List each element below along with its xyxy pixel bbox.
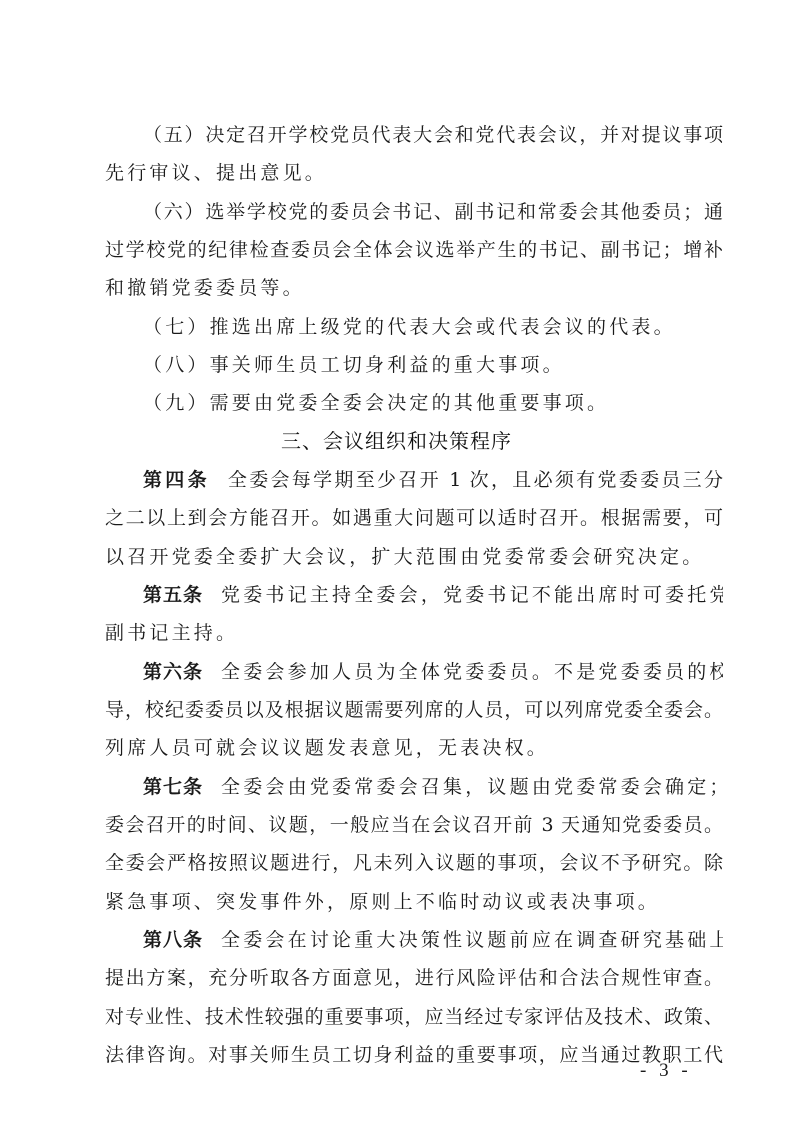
article-8-line-1: 第八条全委会在讨论重大决策性议题前应在调查研究基础上 [143, 925, 723, 955]
article-7-line-3: 全委会严格按照议题进行，凡未列入议题的事项，会议不予研究。除 [105, 848, 723, 878]
item-9-line-1: （九）需要由党委全委会决定的其他重要事项。 [143, 388, 723, 418]
article-4-line-1: 第四条全委会每学期至少召开 1 次，且必须有党委委员三分 [143, 465, 723, 495]
article-8-line-4: 法律咨询。对事关师生员工切身利益的重要事项，应当通过教职工代 [105, 1040, 723, 1070]
item-5-line-1: （五）决定召开学校党员代表大会和党代表会议，并对提议事项 [143, 120, 723, 150]
item-6-line-1: （六）选举学校党的委员会书记、副书记和常委会其他委员；通 [143, 197, 723, 227]
article-8-text-1: 全委会在讨论重大决策性议题前应在调查研究基础上 [221, 929, 723, 951]
article-8-line-2: 提出方案，充分听取各方面意见，进行风险评估和合法合规性审查。 [105, 963, 723, 993]
article-6-line-1: 第六条全委会参加人员为全体党委委员。不是党委委员的校领 [143, 657, 723, 687]
article-4-text-1: 全委会每学期至少召开 1 次，且必须有党委委员三分 [228, 469, 723, 491]
article-6-line-2: 导，校纪委委员以及根据议题需要列席的人员，可以列席党委全委会。 [105, 695, 723, 725]
item-7-line-1: （七）推选出席上级党的代表大会或代表会议的代表。 [143, 312, 723, 342]
article-5-line-1: 第五条党委书记主持全委会，党委书记不能出席时可委托党委 [143, 580, 723, 610]
article-6-label: 第六条 [143, 661, 203, 683]
page-number: - 3 - [640, 1060, 692, 1082]
item-5-line-2: 先行审议、提出意见。 [105, 158, 723, 188]
article-7-label: 第七条 [143, 776, 203, 798]
article-7-line-2: 委会召开的时间、议题，一般应当在会议召开前 3 天通知党委委员。 [105, 810, 723, 840]
article-4-label: 第四条 [143, 469, 210, 491]
article-5-label: 第五条 [143, 584, 203, 606]
document-page: （五）决定召开学校党员代表大会和党代表会议，并对提议事项 先行审议、提出意见。 … [0, 0, 793, 1122]
article-5-line-2: 副书记主持。 [105, 618, 723, 648]
item-6-line-2: 过学校党的纪律检查委员会全体会议选举产生的书记、副书记；增补 [105, 235, 723, 265]
article-7-line-1: 第七条全委会由党委常委会召集，议题由党委常委会确定；全 [143, 772, 723, 802]
article-8-label: 第八条 [143, 929, 203, 951]
article-6-text-1: 全委会参加人员为全体党委委员。不是党委委员的校领 [221, 661, 723, 683]
article-4-line-2: 之二以上到会方能召开。如遇重大问题可以适时召开。根据需要，可 [105, 503, 723, 533]
article-7-line-4: 紧急事项、突发事件外，原则上不临时动议或表决事项。 [105, 887, 723, 917]
section-heading: 三、会议组织和决策程序 [0, 426, 793, 456]
article-7-text-1: 全委会由党委常委会召集，议题由党委常委会确定；全 [221, 776, 723, 798]
item-6-line-3: 和撤销党委委员等。 [105, 273, 723, 303]
article-5-text-1: 党委书记主持全委会，党委书记不能出席时可委托党委 [221, 584, 723, 606]
item-8-line-1: （八）事关师生员工切身利益的重大事项。 [143, 350, 723, 380]
article-8-line-3: 对专业性、技术性较强的重要事项，应当经过专家评估及技术、政策、 [105, 1002, 723, 1032]
article-4-line-3: 以召开党委全委扩大会议，扩大范围由党委常委会研究决定。 [105, 542, 723, 572]
article-6-line-3: 列席人员可就会议议题发表意见，无表决权。 [105, 733, 723, 763]
